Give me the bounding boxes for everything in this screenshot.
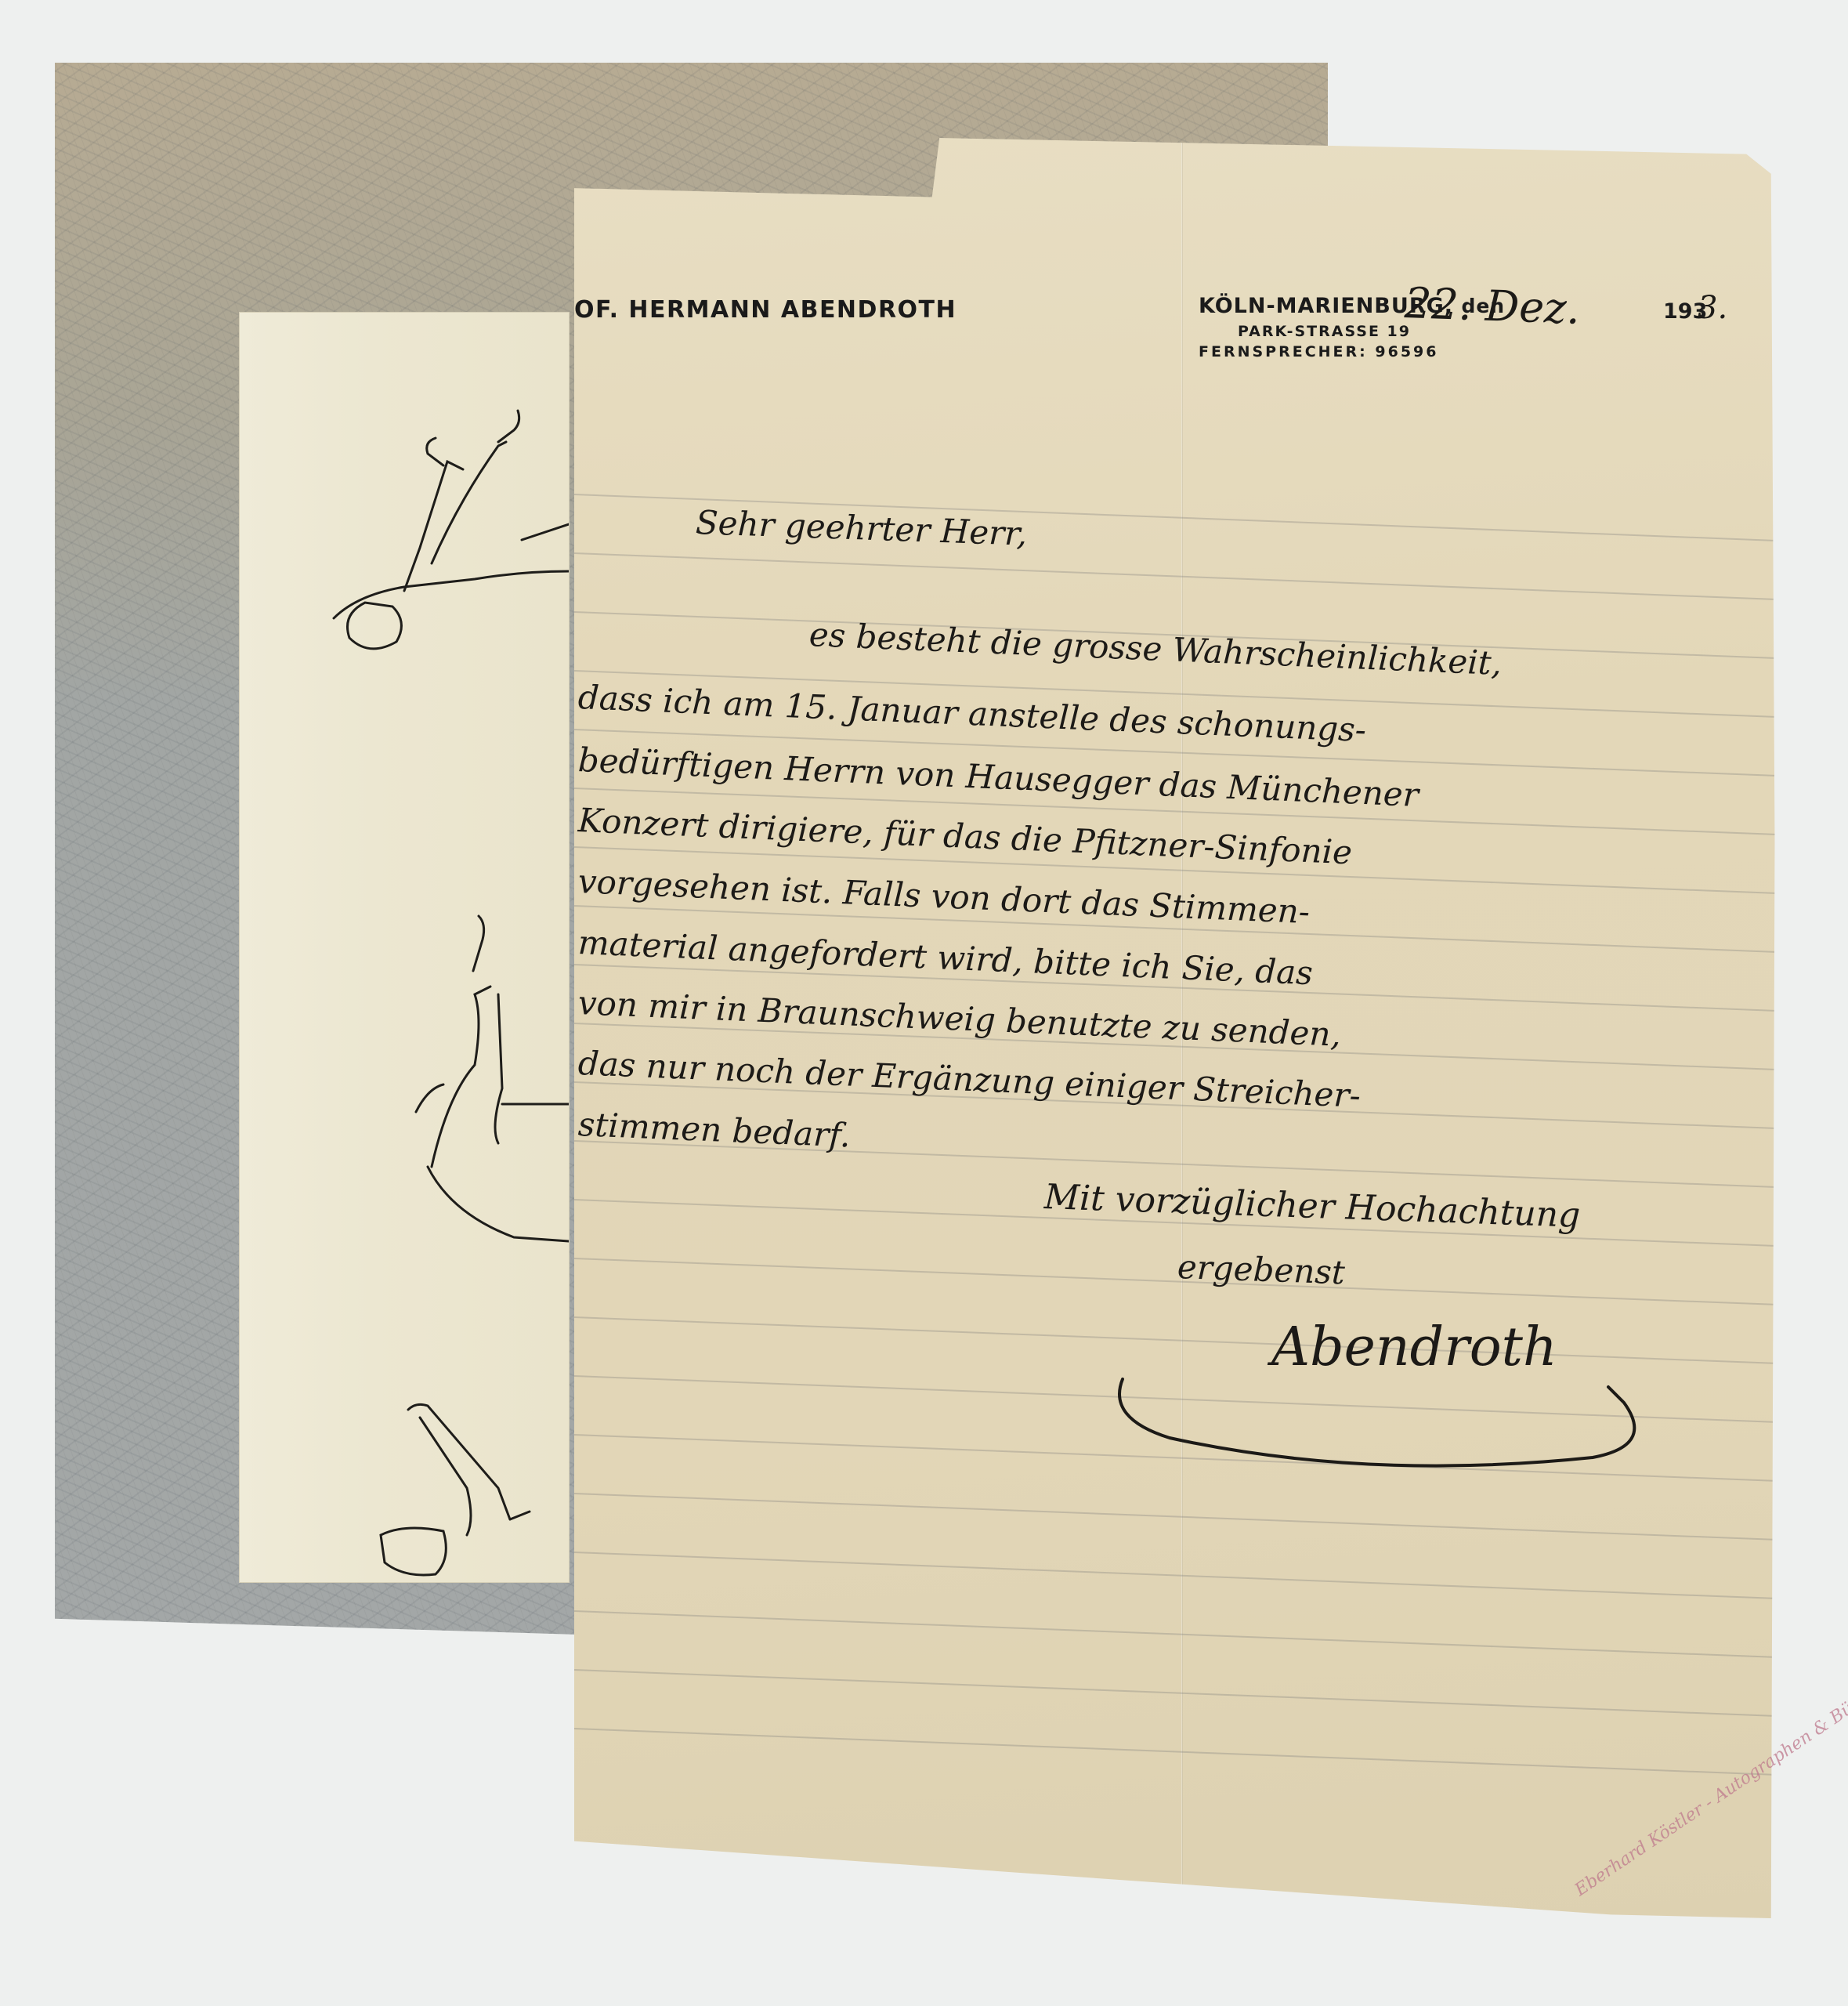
body-line: von mir in Braunschweig benutzte zu send…	[577, 983, 1342, 1054]
letterhead-phone: FERNSPRECHER: 96596	[1199, 343, 1505, 360]
body-line: material angefordert wird, bitte ich Sie…	[577, 923, 1314, 992]
body-line: das nur noch der Ergänzung einiger Strei…	[577, 1044, 1362, 1115]
body-line: stimmen bedarf.	[577, 1105, 852, 1155]
letterhead-name: OF. HERMANN ABENDROTH	[574, 296, 957, 324]
sketch-sheet	[239, 312, 570, 1583]
ruled-line	[574, 1728, 1807, 1776]
letter-sheet: OF. HERMANN ABENDROTH KÖLN-MARIENBURG, d…	[574, 125, 1808, 1918]
ruled-line	[574, 552, 1807, 601]
conductor-sketches-icon	[240, 313, 569, 1582]
signature-flourish-icon	[1107, 1363, 1671, 1504]
closing-line: ergebenst	[1177, 1247, 1345, 1291]
ruled-line	[574, 1669, 1807, 1718]
ruled-line	[574, 1316, 1807, 1365]
handwritten-year-digit: 3.	[1698, 290, 1727, 326]
ruled-line	[574, 1552, 1807, 1600]
ruled-line	[574, 1610, 1807, 1659]
body-line: dass ich am 15. Januar anstelle des scho…	[577, 678, 1367, 749]
body-line: es besteht die grosse Wahrscheinlichkeit…	[808, 615, 1503, 683]
handwritten-date: 22. Dez.	[1404, 278, 1581, 334]
